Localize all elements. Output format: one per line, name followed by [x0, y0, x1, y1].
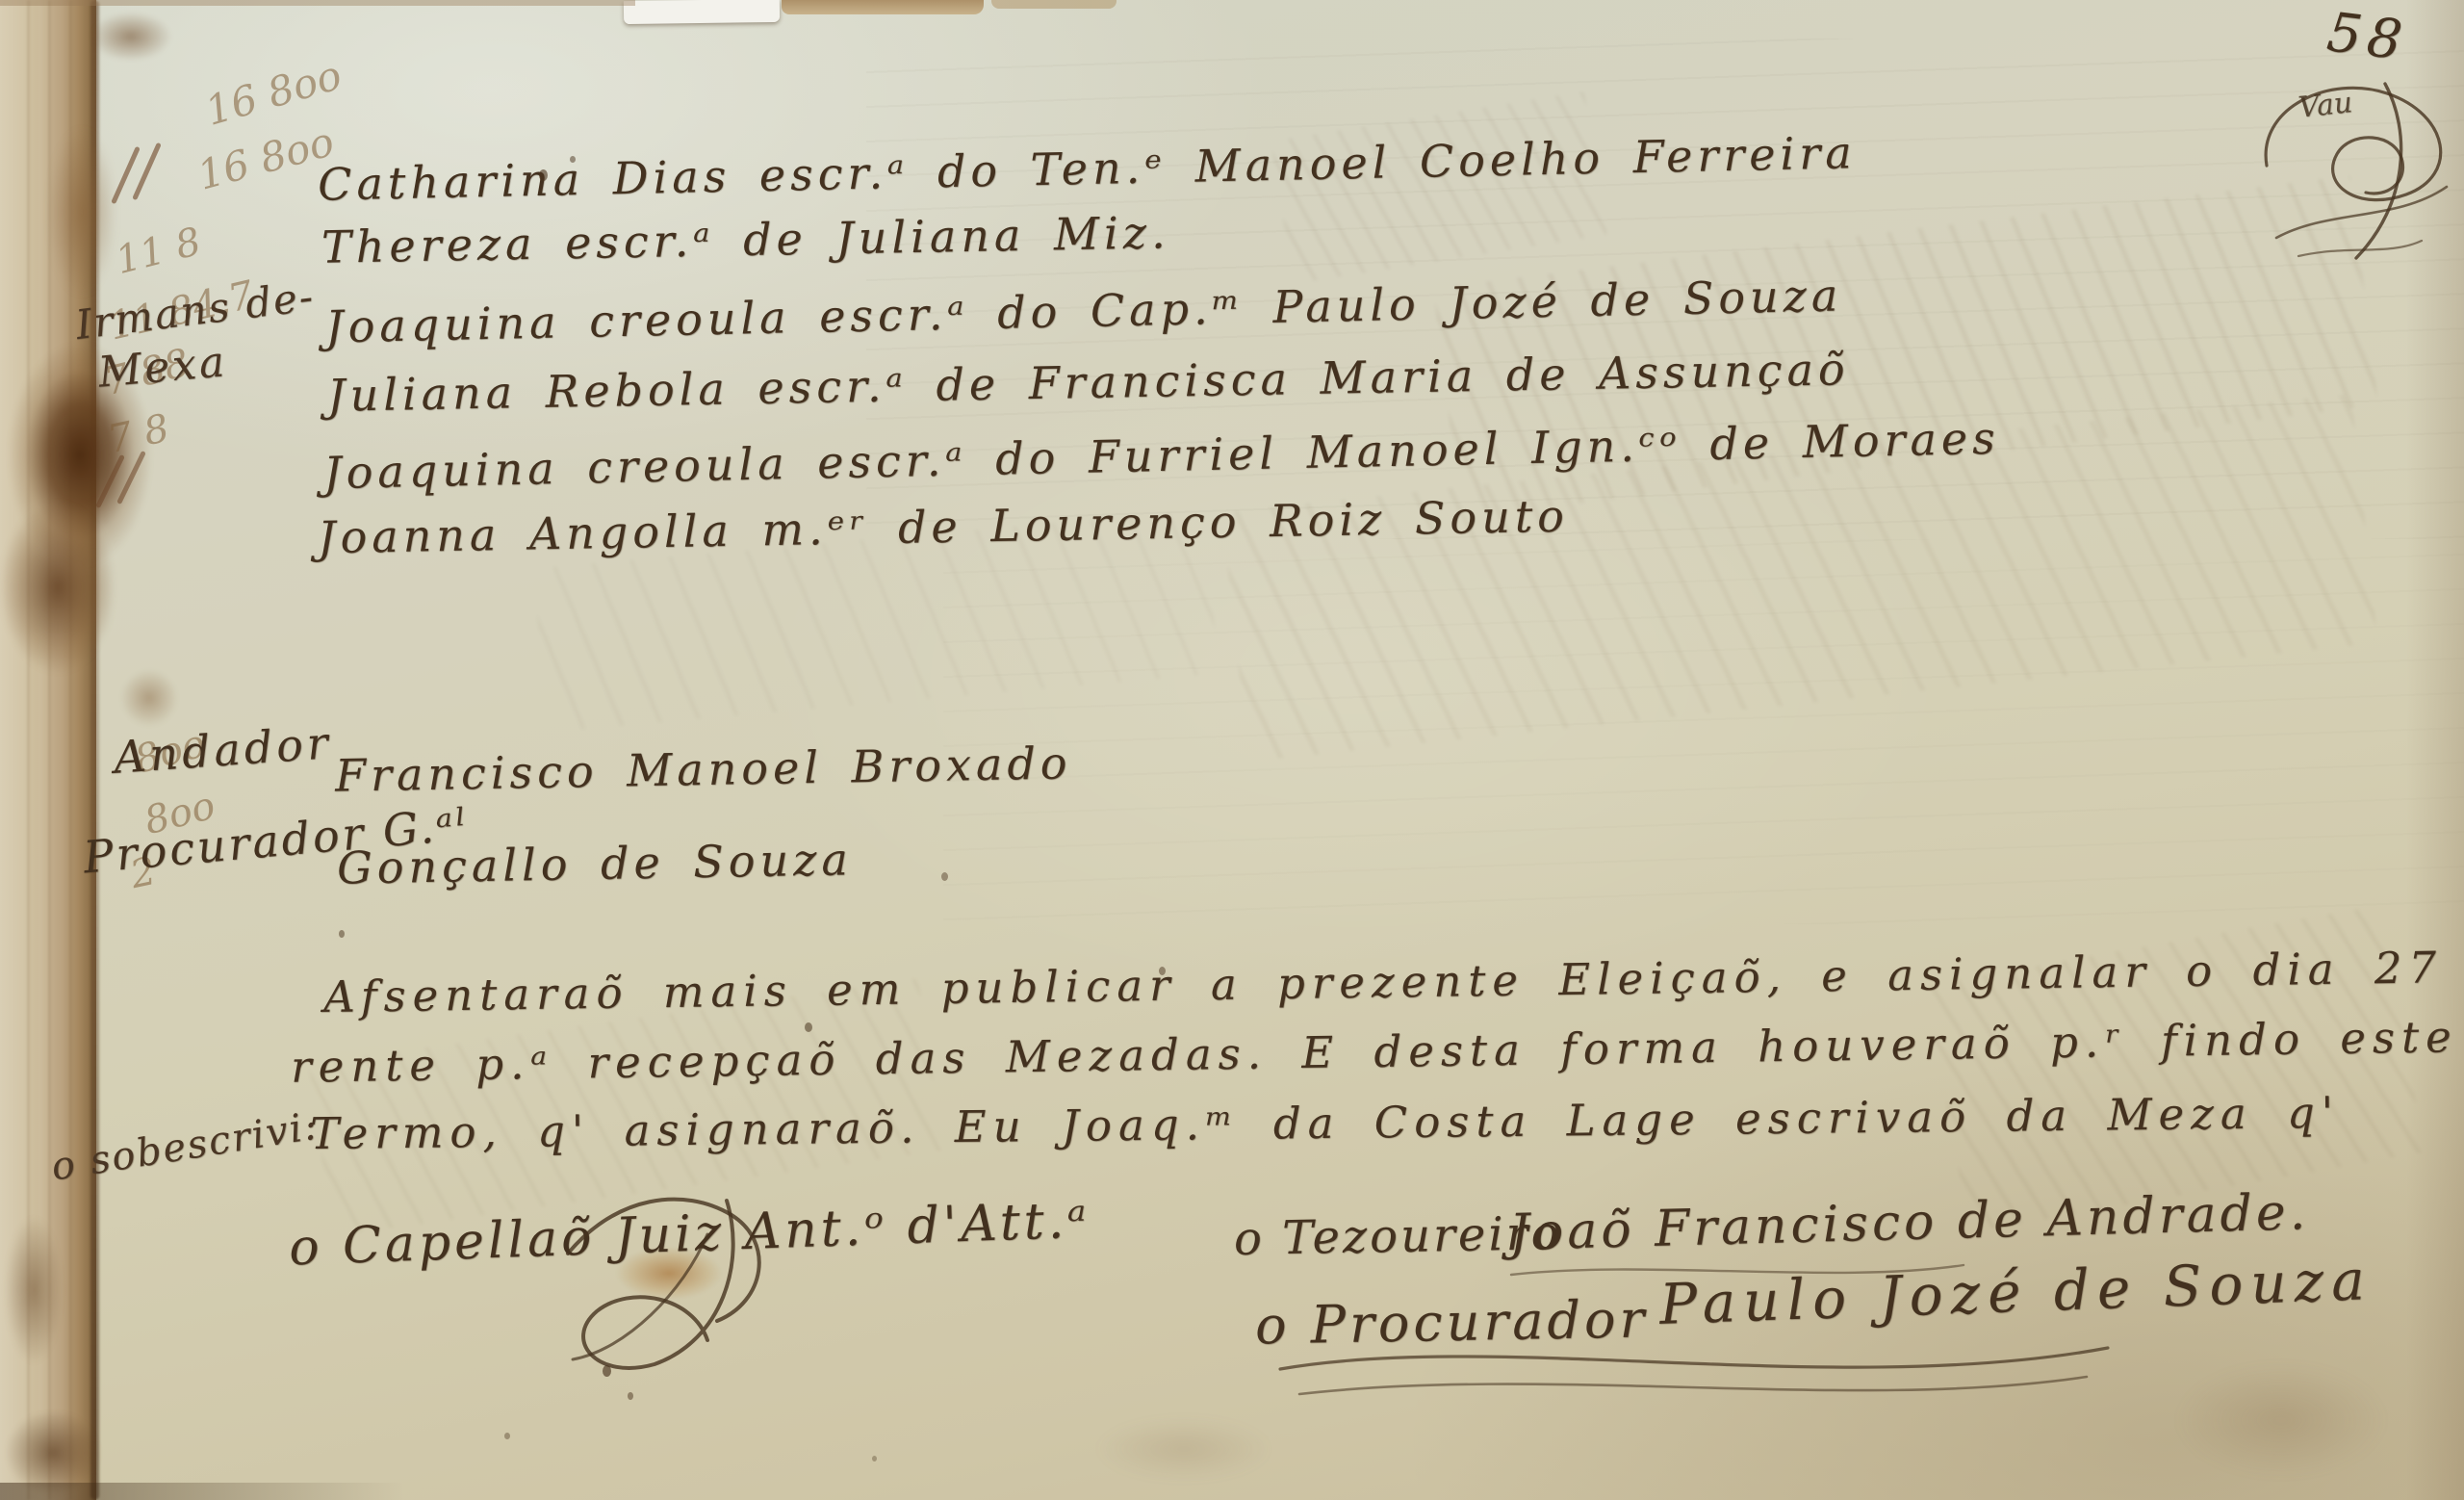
manuscript-page: 58 Vau 16 8oo 16 8oo 11 8 11 84,7 7 88 7… [0, 0, 2464, 1500]
closing-line: Afsentaraõ mais em publicar a prezente E… [323, 939, 2464, 1022]
margin-group-label-line1: Irmans de- [73, 272, 318, 349]
white-slip [624, 0, 780, 24]
entry-line: Joaquina creoula escr.ᵃ do Furriel Manoe… [323, 412, 2001, 499]
crease-line [90, 0, 99, 1500]
edge-amount: 11 8 [112, 220, 206, 283]
ink-speck [539, 169, 548, 181]
ink-speck [603, 1365, 611, 1377]
entry-line: Catharina Dias escr.ᵃ do Ten.ᵉ Manoel Co… [318, 126, 1858, 210]
ink-speck [504, 1433, 510, 1439]
paraph-flourish-icon [2243, 40, 2464, 262]
ink-speck [570, 156, 576, 163]
signature-flourish-icon [1261, 1321, 2127, 1408]
entry-line: Thereza escr.ᵃ de Juliana Miz. [321, 206, 1170, 272]
ink-speck [941, 872, 948, 881]
stain [2166, 1358, 2397, 1483]
ink-speck [339, 930, 345, 938]
closing-line: Termo, q' asignaraõ. Eu Joaq.ᵐ da Costa … [310, 1087, 2341, 1159]
paraph-word: Vau [2297, 86, 2353, 125]
closing-line: rente p.ᵃ recepçaõ das Mezadas. E desta … [291, 1011, 2458, 1092]
andador-role-label: Andador [112, 716, 333, 784]
signature-tezoureiro-name: Joaõ Francisco de Andrade. [1508, 1183, 2309, 1262]
torn-edge-fragment [991, 0, 1116, 9]
ink-speck [628, 1392, 633, 1400]
ink-speck [1159, 967, 1166, 975]
ink-speck [872, 1456, 877, 1461]
stain [1088, 1415, 1280, 1483]
torn-edge-fragment [0, 0, 635, 6]
entry-line: Juliana Rebola escr.ᵃ de Francisca Maria… [327, 343, 1850, 422]
stain [115, 664, 183, 732]
entry-line: Joaquina creoula escr.ᵃ do Cap.ᵐ Paulo J… [325, 269, 1843, 352]
margin-group-label-line2: Mexa [96, 337, 229, 397]
binding-texture [17, 0, 94, 1500]
ruling-lines [943, 539, 2464, 924]
signature-flourish-icon [539, 1177, 789, 1384]
torn-edge-fragment [782, 0, 984, 14]
andador-name: Francisco Manoel Broxado [335, 737, 1072, 801]
procurador-name: Gonçallo de Souza [337, 833, 854, 893]
edge-amount: 7 8 [104, 406, 173, 462]
entry-line: Joanna Angolla m.ᵉʳ de Lourenço Roiz Sou… [318, 490, 1570, 564]
ink-speck [805, 1022, 812, 1032]
